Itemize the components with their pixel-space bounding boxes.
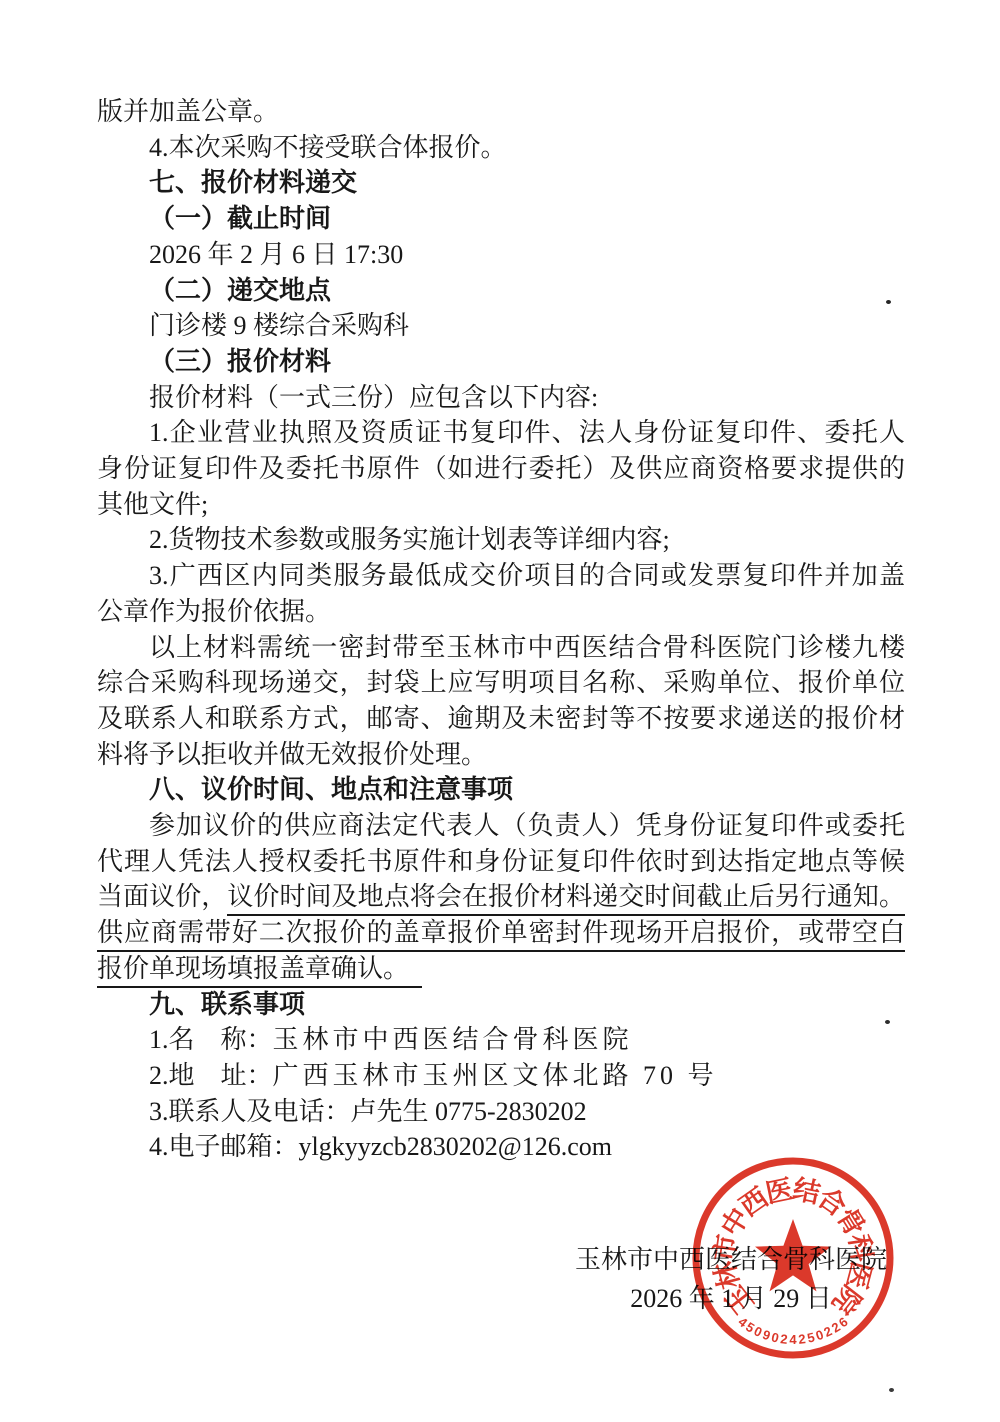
text-line: （三）报价材料 [97, 344, 905, 380]
text-line: 4.本次采购不接受联合体报价。 [97, 130, 905, 166]
text-segment: 以上材料需统一密封带至玉林市中西医结合骨科医院门诊楼九楼 [149, 633, 905, 662]
text-line: 1.名 称：玉林市中西医结合骨科医院 [97, 1022, 905, 1058]
seal-svg: 玉林市中西医结合骨科医院 4509024250226 [688, 1153, 898, 1363]
text-segment: 身份证复印件及委托书原件（如进行委托）及供应商资格要求提供的 [97, 454, 905, 483]
text-segment: 4.本次采购不接受联合体报价。 [149, 133, 507, 162]
text-line: 以上材料需统一密封带至玉林市中西医结合骨科医院门诊楼九楼 [97, 630, 905, 666]
text-line: 当面议价，议价时间及地点将会在报价材料递交时间截止后另行通知。 [97, 879, 905, 915]
text-line: 身份证复印件及委托书原件（如进行委托）及供应商资格要求提供的 [97, 451, 905, 487]
text-line: 3.广西区内同类服务最低成交价项目的合同或发票复印件并加盖 [97, 558, 905, 594]
text-segment: 综合采购科现场递交，封袋上应写明项目名称、采购单位、报价单位 [97, 668, 905, 697]
text-segment: 广西玉林市玉州区文体北路 70 号 [273, 1061, 718, 1090]
text-segment: （二）递交地点 [149, 276, 331, 305]
text-segment: 3.联系人及电话：卢先生 0775-2830202 [149, 1097, 587, 1126]
seal-serial-digit: 2 [798, 1331, 807, 1347]
seal-serial-digit: 4 [789, 1332, 797, 1347]
text-line: 公章作为报价依据。 [97, 594, 905, 630]
text-segment: 七、报价材料递交 [149, 168, 357, 197]
text-line: 2.地 址：广西玉林市玉州区文体北路 70 号 [97, 1058, 905, 1094]
text-line: 八、议价时间、地点和注意事项 [97, 772, 905, 808]
text-segment: 玉林市中西医结合骨科医院 [273, 1025, 633, 1054]
seal-serial-text: 4509024250226 [735, 1314, 850, 1347]
text-line: 报价单现场填报盖章确认。 [97, 951, 905, 987]
text-line: 七、报价材料递交 [97, 165, 905, 201]
underlined-text: 报价单现场填报盖章确认。 [97, 954, 422, 988]
official-seal-stamp: 玉林市中西医结合骨科医院 4509024250226 [688, 1153, 898, 1363]
text-line: 九、联系事项 [97, 987, 905, 1023]
text-segment: 当面议价， [97, 882, 227, 911]
text-segment: 4.电子邮箱：ylgkyyzcb2830202@126.com [149, 1132, 612, 1161]
scan-artifact-dot [889, 1388, 894, 1392]
scan-artifact-dot [886, 300, 891, 304]
text-segment: 2.地 址： [149, 1061, 273, 1090]
seal-star-icon [755, 1219, 831, 1291]
text-segment: 版并加盖公章。 [97, 97, 279, 126]
text-segment: 1.名 称： [149, 1025, 273, 1054]
text-segment: 料将予以拒收并做无效报价处理。 [97, 740, 487, 769]
text-segment: 2026 年 2 月 6 日 17:30 [149, 240, 403, 269]
text-line: 综合采购科现场递交，封袋上应写明项目名称、采购单位、报价单位 [97, 665, 905, 701]
seal-serial-digit: 2 [780, 1331, 789, 1347]
text-line: （二）递交地点 [97, 273, 905, 309]
text-segment: 1.企业营业执照及资质证书复印件、法人身份证复印件、委托人 [149, 418, 905, 447]
text-segment: 3.广西区内同类服务最低成交价项目的合同或发票复印件并加盖 [149, 561, 905, 590]
underlined-text: 议价时间及地点将会在报价材料递交时间截止后另行通知。 [227, 882, 905, 916]
scan-artifact-dot [885, 1020, 890, 1024]
text-line: 供应商需带好二次报价的盖章报价单密封件现场开启报价，或带空白 [97, 915, 905, 951]
text-segment: 八、议价时间、地点和注意事项 [149, 775, 513, 804]
text-line: 其他文件; [97, 487, 905, 523]
text-segment: 门诊楼 9 楼综合采购科 [149, 311, 409, 340]
text-line: 及联系人和联系方式，邮寄、逾期及未密封等不按要求递送的报价材 [97, 701, 905, 737]
text-line: 3.联系人及电话：卢先生 0775-2830202 [97, 1094, 905, 1130]
text-segment: 参加议价的供应商法定代表人（负责人）凭身份证复印件或委托 [149, 811, 905, 840]
text-line: 1.企业营业执照及资质证书复印件、法人身份证复印件、委托人 [97, 415, 905, 451]
underlined-text: 供应商需带好二次报价的盖章报价单密封件现场开启报价，或带空白 [97, 918, 905, 952]
text-segment: 公章作为报价依据。 [97, 597, 331, 626]
text-line: 2026 年 2 月 6 日 17:30 [97, 237, 905, 273]
text-segment: 其他文件; [97, 490, 208, 519]
text-line: 代理人凭法人授权委托书原件和身份证复印件依时到达指定地点等候 [97, 844, 905, 880]
text-line: 门诊楼 9 楼综合采购科 [97, 308, 905, 344]
text-segment: 2.货物技术参数或服务实施计划表等详细内容; [149, 525, 670, 554]
seal-serial-digit: 0 [770, 1329, 780, 1345]
seal-arc-char: 医 [763, 1174, 795, 1209]
document-lines: 版并加盖公章。4.本次采购不接受联合体报价。七、报价材料递交（一）截止时间202… [97, 94, 905, 1165]
document-page: 版并加盖公章。4.本次采购不接受联合体报价。七、报价材料递交（一）截止时间202… [0, 0, 1000, 1422]
text-line: 参加议价的供应商法定代表人（负责人）凭身份证复印件或委托 [97, 808, 905, 844]
text-line: 料将予以拒收并做无效报价处理。 [97, 737, 905, 773]
text-segment: （三）报价材料 [149, 347, 331, 376]
text-line: 2.货物技术参数或服务实施计划表等详细内容; [97, 522, 905, 558]
text-segment: 九、联系事项 [149, 990, 305, 1019]
text-segment: 及联系人和联系方式，邮寄、逾期及未密封等不按要求递送的报价材 [97, 704, 905, 733]
text-line: 报价材料（一式三份）应包含以下内容: [97, 380, 905, 416]
text-line: 版并加盖公章。 [97, 94, 905, 130]
text-segment: （一）截止时间 [149, 204, 331, 233]
text-segment: 代理人凭法人授权委托书原件和身份证复印件依时到达指定地点等候 [97, 847, 905, 876]
text-segment: 报价材料（一式三份）应包含以下内容: [149, 383, 598, 412]
text-line: （一）截止时间 [97, 201, 905, 237]
